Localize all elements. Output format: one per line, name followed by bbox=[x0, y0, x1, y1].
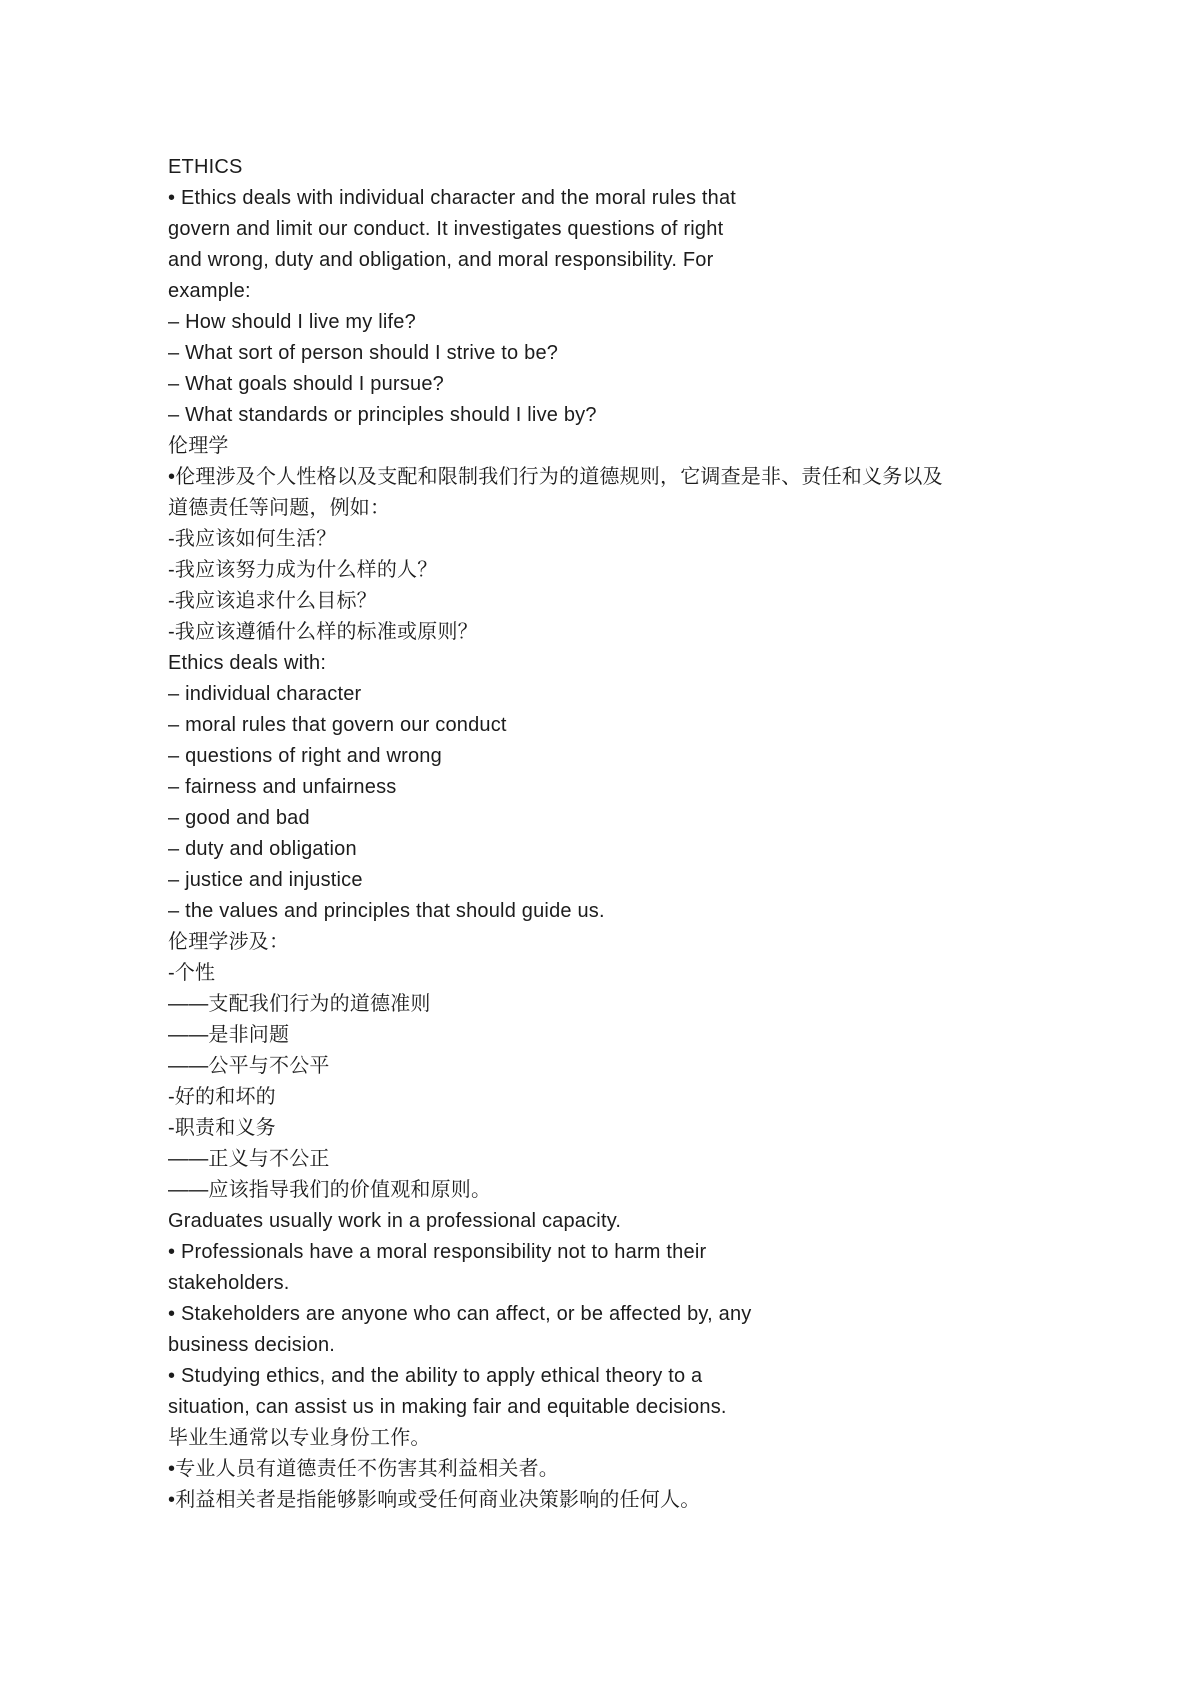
text-line: – duty and obligation bbox=[168, 834, 1128, 865]
text-line: stakeholders. bbox=[168, 1268, 1128, 1299]
text-line: – What sort of person should I strive to… bbox=[168, 338, 1128, 369]
text-line: business decision. bbox=[168, 1330, 1128, 1361]
text-line: • Studying ethics, and the ability to ap… bbox=[168, 1361, 1128, 1392]
text-line: ETHICS bbox=[168, 152, 1128, 183]
text-line: – justice and injustice bbox=[168, 865, 1128, 896]
text-line: 道德责任等问题，例如： bbox=[168, 493, 1128, 524]
text-line: Ethics deals with: bbox=[168, 648, 1128, 679]
text-line: – What standards or principles should I … bbox=[168, 400, 1128, 431]
text-line: – How should I live my life? bbox=[168, 307, 1128, 338]
text-line: example: bbox=[168, 276, 1128, 307]
text-line: ——公平与不公平 bbox=[168, 1051, 1128, 1082]
text-line: ——是非问题 bbox=[168, 1020, 1128, 1051]
text-line: – questions of right and wrong bbox=[168, 741, 1128, 772]
text-line: govern and limit our conduct. It investi… bbox=[168, 214, 1128, 245]
text-line: Graduates usually work in a professional… bbox=[168, 1206, 1128, 1237]
text-line: – good and bad bbox=[168, 803, 1128, 834]
text-line: – the values and principles that should … bbox=[168, 896, 1128, 927]
text-line: situation, can assist us in making fair … bbox=[168, 1392, 1128, 1423]
text-line: • Professionals have a moral responsibil… bbox=[168, 1237, 1128, 1268]
text-line: •伦理涉及个人性格以及支配和限制我们行为的道德规则，它调查是非、责任和义务以及 bbox=[168, 462, 1128, 493]
text-line: -职责和义务 bbox=[168, 1113, 1128, 1144]
text-line: -好的和坏的 bbox=[168, 1082, 1128, 1113]
text-line: – moral rules that govern our conduct bbox=[168, 710, 1128, 741]
document-body: ETHICS• Ethics deals with individual cha… bbox=[168, 152, 1128, 1516]
text-line: 伦理学 bbox=[168, 431, 1128, 462]
text-line: 毕业生通常以专业身份工作。 bbox=[168, 1423, 1128, 1454]
text-line: ——支配我们行为的道德准则 bbox=[168, 989, 1128, 1020]
text-line: • Ethics deals with individual character… bbox=[168, 183, 1128, 214]
text-line: – fairness and unfairness bbox=[168, 772, 1128, 803]
text-line: 伦理学涉及： bbox=[168, 927, 1128, 958]
document-page: ETHICS• Ethics deals with individual cha… bbox=[0, 0, 1200, 1698]
text-line: -我应该遵循什么样的标准或原则？ bbox=[168, 617, 1128, 648]
text-line: -我应该追求什么目标？ bbox=[168, 586, 1128, 617]
text-line: -个性 bbox=[168, 958, 1128, 989]
text-line: -我应该如何生活？ bbox=[168, 524, 1128, 555]
text-line: •利益相关者是指能够影响或受任何商业决策影响的任何人。 bbox=[168, 1485, 1128, 1516]
text-line: – What goals should I pursue? bbox=[168, 369, 1128, 400]
text-line: -我应该努力成为什么样的人？ bbox=[168, 555, 1128, 586]
text-line: • Stakeholders are anyone who can affect… bbox=[168, 1299, 1128, 1330]
text-line: – individual character bbox=[168, 679, 1128, 710]
text-line: ——正义与不公正 bbox=[168, 1144, 1128, 1175]
text-line: ——应该指导我们的价值观和原则。 bbox=[168, 1175, 1128, 1206]
text-line: and wrong, duty and obligation, and mora… bbox=[168, 245, 1128, 276]
text-line: •专业人员有道德责任不伤害其利益相关者。 bbox=[168, 1454, 1128, 1485]
